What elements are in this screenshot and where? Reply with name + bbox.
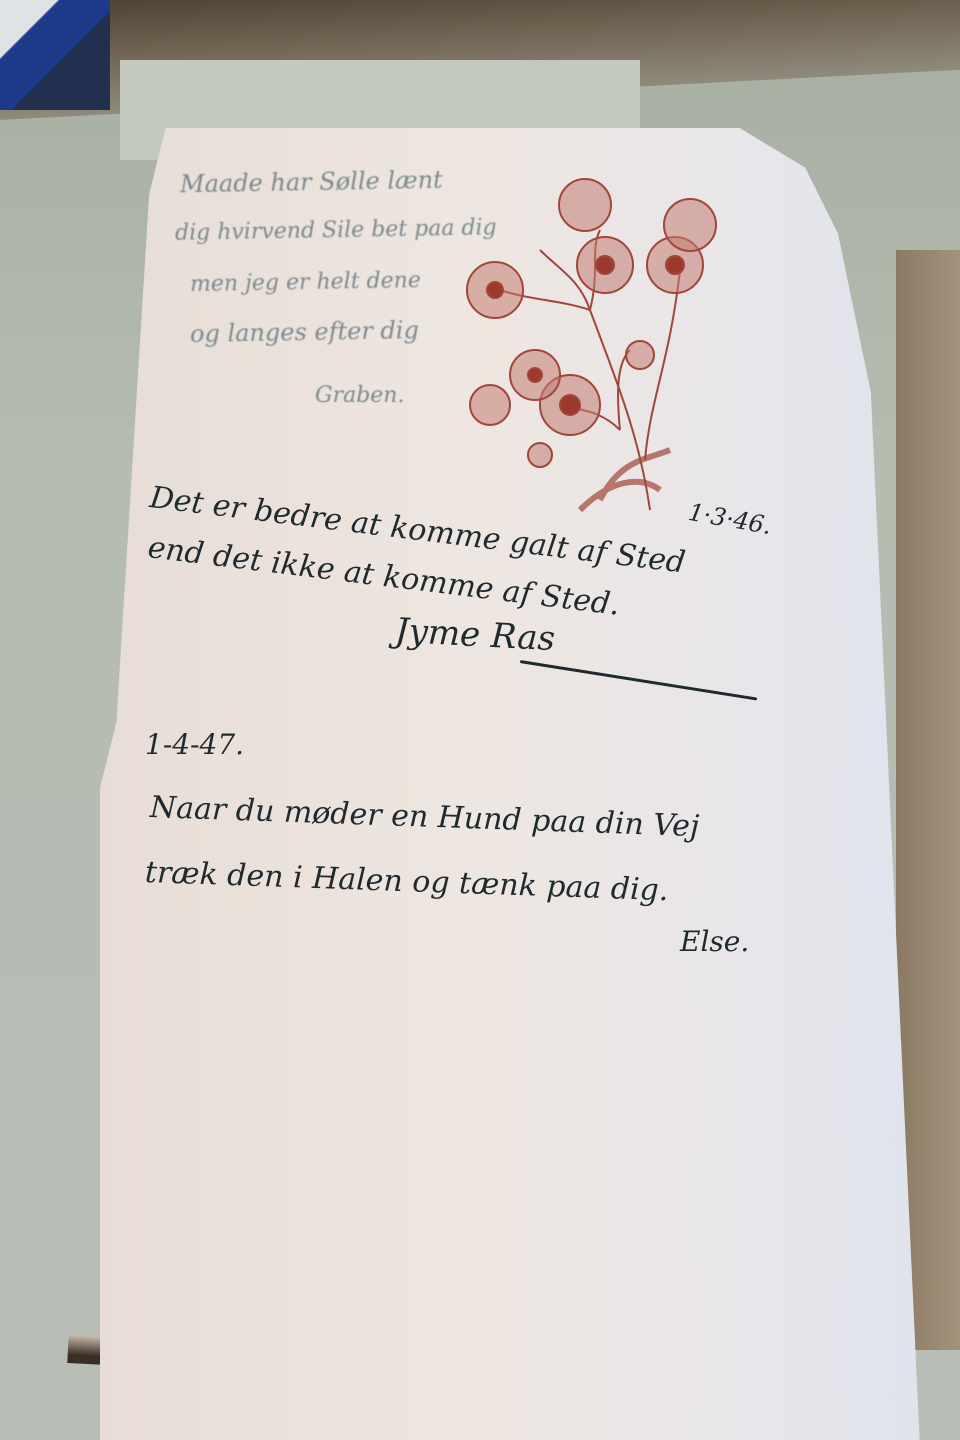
entry-1-line-4: og langes efter dig xyxy=(190,316,419,348)
background-blue-object xyxy=(0,0,110,110)
photo-scene: Maade har Sølle lænt dig hvirvend Sile b… xyxy=(0,0,960,1440)
entry-1-line-3: men jeg er helt dene xyxy=(190,268,421,297)
entry-3-signature: Else. xyxy=(680,925,749,958)
entry-1-line-1: Maade har Sølle lænt xyxy=(180,166,443,199)
entry-2-signature: Jyme Ras xyxy=(394,611,556,659)
entry-3-date: 1-4-47. xyxy=(145,728,244,761)
flower-illustration-icon xyxy=(440,160,760,520)
entry-1-signature: Graben. xyxy=(315,383,404,408)
